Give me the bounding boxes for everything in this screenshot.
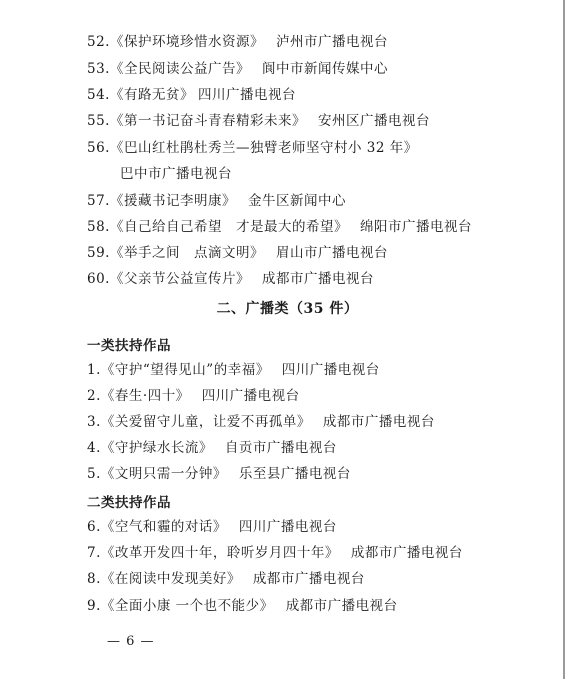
list-item: 54.《有路无贫》四川广播电视台	[87, 86, 296, 104]
item-title: 《在阅读中发现美好》	[101, 571, 241, 587]
list-item: 52.《保护环境珍惜水资源》泸州市广播电视台	[87, 33, 388, 51]
item-number: 8.	[87, 570, 101, 588]
item-org: 阆中市新闻传媒中心	[262, 61, 388, 77]
item-title: 《空气和霾的对话》	[101, 519, 227, 535]
list-item: 60.《父亲节公益宣传片》成都市广播电视台	[87, 270, 374, 288]
item-title: 《守护“望得见山”的幸福》	[101, 362, 270, 378]
list-item: 56.《巴山红杜鹃杜秀兰—独臂老师坚守村小 32 年》	[87, 139, 418, 157]
item-number: 60.	[87, 270, 110, 288]
item-org: 四川广播电视台	[202, 388, 300, 404]
item-number: 59.	[87, 244, 110, 262]
list-item: 4.《守护绿水长流》自贡市广播电视台	[87, 439, 337, 457]
list-item: 2.《春生·四十》四川广播电视台	[87, 387, 300, 405]
item-title: 《春生·四十》	[101, 388, 190, 404]
item-number: 1.	[87, 361, 101, 379]
list-item: 55.《第一书记奋斗青春精彩未来》安州区广播电视台	[87, 112, 430, 130]
item-number: 52.	[87, 33, 110, 51]
list-item-continuation: 巴中市广播电视台	[120, 165, 232, 183]
list-item: 59.《举手之间 点滴文明》眉山市广播电视台	[87, 244, 388, 262]
item-title: 《改革开发四十年，聆听岁月四十年》	[101, 545, 339, 561]
item-number: 3.	[87, 413, 101, 431]
item-org: 成都市广播电视台	[286, 598, 398, 614]
list-item: 8.《在阅读中发现美好》成都市广播电视台	[87, 570, 365, 588]
item-title: 《巴山红杜鹃杜秀兰—独臂老师坚守村小 32 年》	[110, 140, 418, 156]
item-title: 《有路无贫》	[110, 87, 194, 103]
item-number: 6.	[87, 518, 101, 536]
item-title: 《全民阅读公益广告》	[110, 61, 250, 77]
list-item: 7.《改革开发四十年，聆听岁月四十年》成都市广播电视台	[87, 544, 463, 562]
item-number: 53.	[87, 60, 110, 78]
list-item: 58.《自己给自己希望 才是最大的希望》绵阳市广播电视台	[87, 218, 472, 236]
item-title: 《第一书记奋斗青春精彩未来》	[110, 113, 306, 129]
item-org: 自贡市广播电视台	[225, 440, 337, 456]
item-title: 《全面小康 一个也不能少》	[101, 598, 274, 614]
list-item: 6.《空气和霾的对话》四川广播电视台	[87, 518, 337, 536]
item-number: 54.	[87, 86, 110, 104]
item-org: 巴中市广播电视台	[120, 166, 232, 182]
item-org: 绵阳市广播电视台	[360, 219, 472, 235]
item-org: 成都市广播电视台	[351, 545, 463, 561]
item-org: 四川广播电视台	[239, 519, 337, 535]
item-title: 《关爱留守儿童，让爱不再孤单》	[101, 414, 311, 430]
item-title: 《举手之间 点滴文明》	[110, 245, 264, 261]
item-org: 成都市广播电视台	[323, 414, 435, 430]
item-org: 成都市广播电视台	[262, 271, 374, 287]
item-title: 《保护环境珍惜水资源》	[110, 34, 264, 50]
item-org: 安州区广播电视台	[318, 113, 430, 129]
item-number: 9.	[87, 597, 101, 615]
item-org: 眉山市广播电视台	[276, 245, 388, 261]
item-number: 56.	[87, 139, 110, 157]
subheading-class1: 一类扶持作品	[87, 334, 171, 354]
item-number: 55.	[87, 112, 110, 130]
item-title: 《自己给自己希望 才是最大的希望》	[110, 219, 348, 235]
item-org: 四川广播电视台	[198, 87, 296, 103]
item-number: 58.	[87, 218, 110, 236]
list-item: 1.《守护“望得见山”的幸福》四川广播电视台	[87, 361, 380, 379]
item-number: 5.	[87, 465, 101, 483]
item-org: 泸州市广播电视台	[276, 34, 388, 50]
item-title: 《文明只需一分钟》	[101, 466, 227, 482]
item-number: 57.	[87, 192, 110, 210]
item-org: 成都市广播电视台	[253, 571, 365, 587]
list-item: 53.《全民阅读公益广告》阆中市新闻传媒中心	[87, 60, 388, 78]
item-org: 乐至县广播电视台	[239, 466, 351, 482]
list-item: 57.《援藏书记李明康》金牛区新闻中心	[87, 192, 346, 210]
list-item: 5.《文明只需一分钟》乐至县广播电视台	[87, 465, 351, 483]
item-title: 《守护绿水长流》	[101, 440, 213, 456]
section-title: 二、广播类（35 件）	[0, 298, 565, 318]
item-org: 四川广播电视台	[282, 362, 380, 378]
list-item: 3.《关爱留守儿童，让爱不再孤单》成都市广播电视台	[87, 413, 435, 431]
list-item: 9.《全面小康 一个也不能少》成都市广播电视台	[87, 597, 398, 615]
item-number: 7.	[87, 544, 101, 562]
item-title: 《援藏书记李明康》	[110, 193, 236, 209]
page-number: — 6 —	[107, 634, 155, 649]
item-number: 2.	[87, 387, 101, 405]
subheading-class2: 二类扶持作品	[87, 491, 171, 511]
item-number: 4.	[87, 439, 101, 457]
item-org: 金牛区新闻中心	[248, 193, 346, 209]
item-title: 《父亲节公益宣传片》	[110, 271, 250, 287]
